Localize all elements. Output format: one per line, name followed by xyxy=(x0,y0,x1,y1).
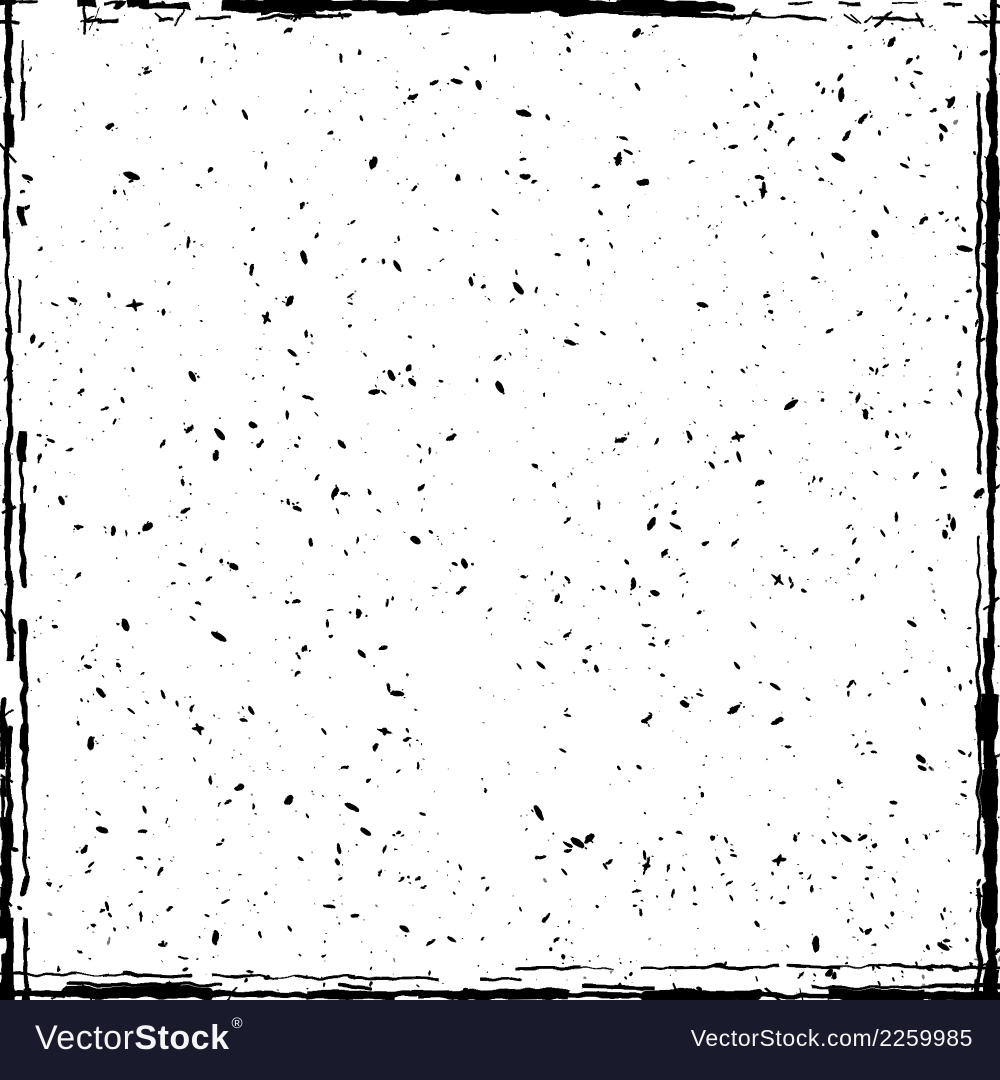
stock-image-preview: VectorStock® VectorStock.com/2259985 xyxy=(0,0,1000,1080)
speckle-layer xyxy=(0,0,1000,1000)
vectorstock-logo: VectorStock® xyxy=(35,1021,243,1055)
image-credit-url: VectorStock.com/2259985 xyxy=(691,1025,973,1052)
grunge-texture-svg xyxy=(0,0,1000,1000)
grunge-frame-artwork xyxy=(0,0,1000,1000)
frame-strokes-layer xyxy=(0,0,1000,1000)
logo-word-vector: Vector xyxy=(35,1019,134,1057)
registered-mark: ® xyxy=(231,1015,243,1032)
logo-word-stock: Stock xyxy=(134,1019,229,1057)
watermark-bar: VectorStock® VectorStock.com/2259985 xyxy=(0,1000,1000,1080)
